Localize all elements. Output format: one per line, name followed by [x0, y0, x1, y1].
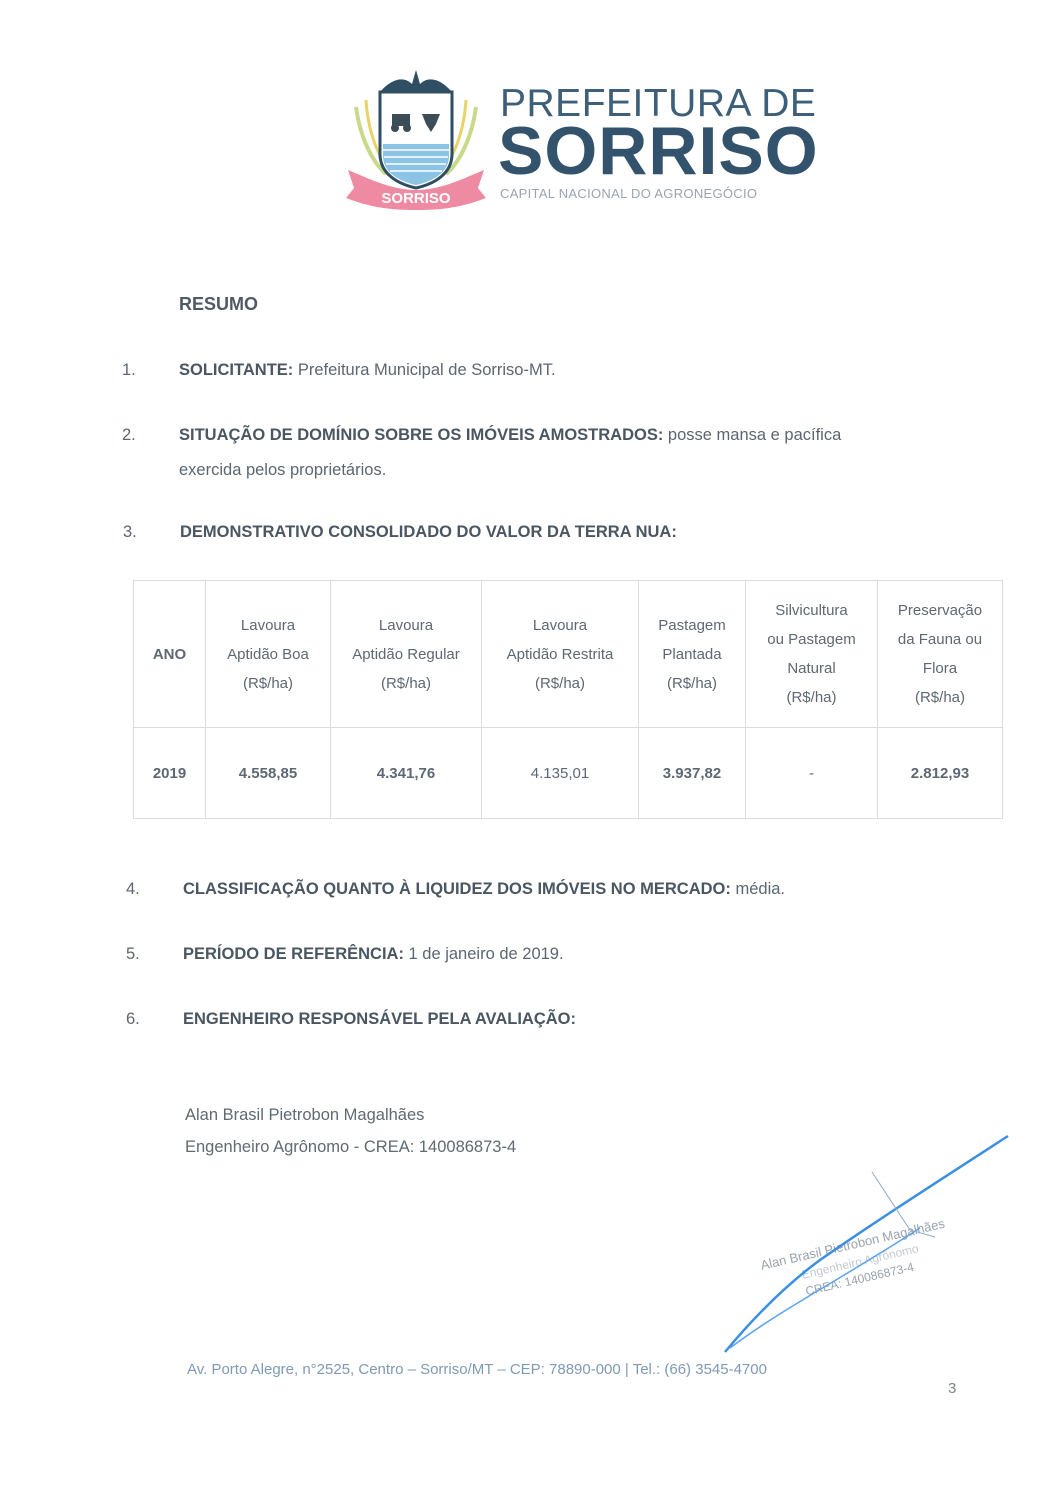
cell-pastagem-plantada: 3.937,82 — [639, 728, 746, 819]
page-number: 3 — [948, 1380, 956, 1397]
header-lavoura-aptidao-restrita: LavouraAptidão Restrita(R$/ha) — [482, 581, 639, 728]
svg-text:SORRISO: SORRISO — [381, 190, 451, 207]
signature-stamp: Alan Brasil Pietrobon Magalhães Engenhei… — [720, 1130, 1020, 1360]
municipal-crest-logo: SORRISO — [342, 62, 490, 210]
item-label: ENGENHEIRO RESPONSÁVEL PELA AVALIAÇÃO: — [183, 1010, 576, 1028]
cell-lavoura-aptidao-regular: 4.341,76 — [331, 728, 482, 819]
signatory-name: Alan Brasil Pietrobon Magalhães — [185, 1106, 424, 1125]
footer-address: Av. Porto Alegre, n°2525, Centro – Sorri… — [187, 1361, 767, 1378]
table-header-row: ANO LavouraAptidão Boa(R$/ha) LavouraApt… — [134, 581, 1003, 728]
item-label: SITUAÇÃO DE DOMÍNIO SOBRE OS IMÓVEIS AMO… — [179, 426, 663, 444]
header-silvicultura-pastagem-natural: Silviculturaou PastagemNatural(R$/ha) — [746, 581, 878, 728]
item-label: DEMONSTRATIVO CONSOLIDADO DO VALOR DA TE… — [180, 523, 677, 541]
signature-stroke-icon: Alan Brasil Pietrobon Magalhães Engenhei… — [720, 1130, 1020, 1360]
item-text-continuation: exercida pelos proprietários. — [179, 461, 386, 480]
item-number: 3. — [123, 523, 137, 542]
crest-icon: SORRISO — [342, 62, 490, 210]
cell-preservacao-fauna-flora: 2.812,93 — [878, 728, 1003, 819]
item-text: média. — [731, 880, 785, 898]
item-text: Prefeitura Municipal de Sorriso-MT. — [293, 361, 555, 379]
cell-lavoura-aptidao-restrita: 4.135,01 — [482, 728, 639, 819]
signatory-title: Engenheiro Agrônomo - CREA: 140086873-4 — [185, 1138, 516, 1157]
valor-terra-nua-table: ANO LavouraAptidão Boa(R$/ha) LavouraApt… — [133, 580, 1003, 819]
item-number: 2. — [122, 426, 136, 445]
header-lavoura-aptidao-regular: LavouraAptidão Regular(R$/ha) — [331, 581, 482, 728]
cell-ano: 2019 — [134, 728, 206, 819]
header-ano: ANO — [134, 581, 206, 728]
item-label: CLASSIFICAÇÃO QUANTO À LIQUIDEZ DOS IMÓV… — [183, 880, 731, 898]
item-number: 1. — [122, 361, 136, 380]
item-text: posse mansa e pacífica — [663, 426, 841, 444]
item-label: PERÍODO DE REFERÊNCIA: — [183, 945, 404, 963]
item-label: SOLICITANTE: — [179, 361, 293, 379]
header-lavoura-aptidao-boa: LavouraAptidão Boa(R$/ha) — [206, 581, 331, 728]
item-number: 4. — [126, 880, 140, 899]
header-pastagem-plantada: PastagemPlantada(R$/ha) — [639, 581, 746, 728]
brand-tagline: CAPITAL NACIONAL DO AGRONEGÓCIO — [500, 186, 757, 201]
item-number: 5. — [126, 945, 140, 964]
item-number: 6. — [126, 1010, 140, 1029]
cell-lavoura-aptidao-boa: 4.558,85 — [206, 728, 331, 819]
cell-silvicultura-pastagem-natural: - — [746, 728, 878, 819]
item-text: 1 de janeiro de 2019. — [404, 945, 564, 963]
section-title: RESUMO — [179, 294, 258, 315]
table-row: 2019 4.558,85 4.341,76 4.135,01 3.937,82… — [134, 728, 1003, 819]
header-preservacao-fauna-flora: Preservaçãoda Fauna ouFlora(R$/ha) — [878, 581, 1003, 728]
brand-title-line2: SORRISO — [498, 112, 819, 190]
